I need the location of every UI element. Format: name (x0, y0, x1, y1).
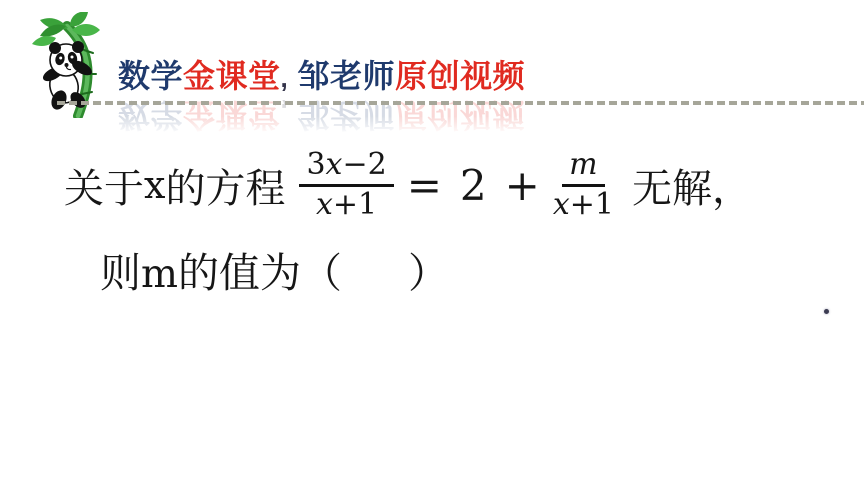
line2-close-paren: ） (408, 240, 449, 299)
header-title: 数学金课堂, 邹老师原创视频 (118, 56, 525, 98)
line2-mid: 的值为（ (178, 240, 342, 299)
header-comma: , (281, 63, 289, 93)
fraction-left: 3x−2 x+1 (299, 149, 393, 221)
panda-ear-left (49, 42, 61, 54)
fraction-left-denominator: x+1 (316, 187, 377, 221)
frac1-num-var: x (326, 147, 343, 182)
line2-var-m: m (141, 252, 178, 297)
fraction-right-numerator: m (562, 149, 604, 186)
line2-prefix: 则 (100, 240, 141, 299)
problem-line-2: 则m的值为（） (100, 240, 449, 299)
header-title-part2: 金课堂 (183, 58, 281, 94)
panda-ear-right (72, 41, 84, 53)
header-title-part3: 邹老师 (298, 58, 396, 94)
frac2-den-rest: +1 (570, 187, 614, 222)
line1-suffix: 无解， (632, 157, 752, 214)
frac1-den-var: x (316, 187, 333, 222)
fraction-left-numerator: 3x−2 (299, 149, 393, 186)
problem-line-1: 关于x的方程 3x−2 x+1 = 2 + m x+1 无解， (64, 141, 752, 229)
line1-prefix-a: 关于 (64, 157, 144, 214)
line1-var-x: x (144, 163, 165, 207)
frac2-num-var: m (569, 147, 597, 182)
header-title-part1: 数学 (118, 58, 183, 94)
plus-sign: + (505, 161, 540, 210)
video-slide: 数学金课堂, 邹老师原创视频 数学金课堂, 邹老师原创视频 关于x的方程 3x−… (0, 0, 864, 486)
line1-prefix-b: 的方程 (165, 157, 285, 214)
constant-two: 2 (460, 161, 487, 210)
fraction-right-denominator: x+1 (553, 187, 614, 221)
frac2-den-var: x (553, 187, 570, 222)
frac1-den-rest: +1 (333, 187, 377, 222)
fraction-right: m x+1 (553, 149, 614, 221)
frac1-num-rest: −2 (342, 147, 386, 182)
frac1-num-digit: 3 (306, 147, 325, 182)
panda-nose (65, 63, 69, 67)
dashed-divider (57, 101, 864, 105)
header: 数学金课堂, 邹老师原创视频 数学金课堂, 邹老师原创视频 (118, 56, 525, 98)
header-title-part4: 原创视频 (395, 58, 525, 94)
header-title-reflection: 数学金课堂, 邹老师原创视频 (118, 93, 525, 135)
equals-sign: = (407, 161, 442, 210)
stray-dot (824, 309, 829, 314)
